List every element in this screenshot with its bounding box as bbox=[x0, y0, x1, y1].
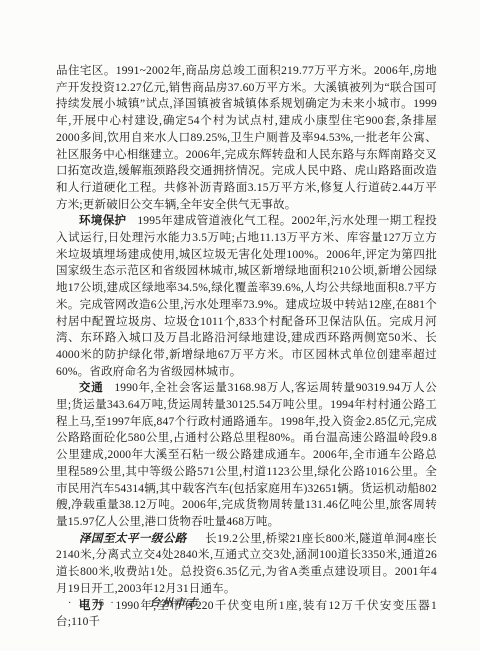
paragraph-zeguo-taiping-highway: 泽国至太平一级公路长19.2公里,桥梁21座长800米,隧道单洞4座长2140米… bbox=[56, 531, 437, 598]
book-page: 品住宅区。1991~2002年,商品房总竣工面积219.77万平方米。2006年… bbox=[0, 0, 480, 651]
paragraph-transportation: 交通1990年,全社会客运量3168.98万人,客运周转量90319.94万人公… bbox=[56, 380, 437, 530]
paragraph-text: 品住宅区。1991~2002年,商品房总竣工面积219.77万平方米。2006年… bbox=[56, 65, 437, 211]
text-content: 品住宅区。1991~2002年,商品房总竣工面积219.77万平方米。2006年… bbox=[56, 63, 437, 631]
paragraph-text: 1990年,全社会客运量3168.98万人,客运周转量90319.94万人公里;… bbox=[56, 382, 437, 528]
page-number: · 1776 · bbox=[68, 598, 116, 609]
page-footer: · 1776 · 台州市志 bbox=[68, 595, 200, 610]
paragraph-text: 1995年建成管道液化气工程。2002年,污水处理一期工程投入试运行,日处理污水… bbox=[56, 215, 437, 377]
paragraph-housing-continuation: 品住宅区。1991~2002年,商品房总竣工面积219.77万平方米。2006年… bbox=[56, 63, 437, 213]
entry-heading-transportation: 交通 bbox=[79, 382, 103, 394]
paragraph-environment-protection: 环境保护1995年建成管道液化气工程。2002年,污水处理一期工程投入试运行,日… bbox=[56, 213, 437, 380]
entry-heading-zeguo-taiping-highway: 泽国至太平一级公路 bbox=[79, 533, 187, 545]
book-title: 台州市志 bbox=[150, 595, 200, 610]
entry-heading-environment: 环境保护 bbox=[79, 215, 126, 227]
